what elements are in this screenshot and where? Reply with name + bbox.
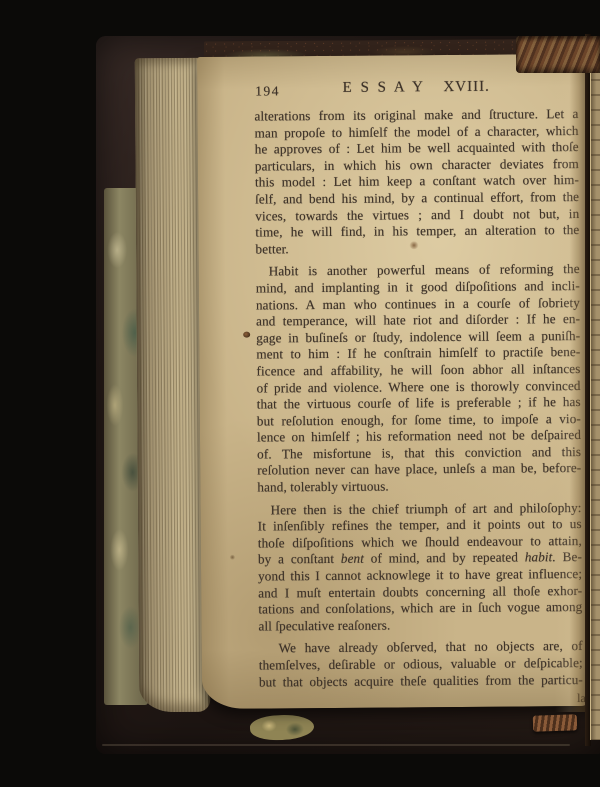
text-line: all ſpeculative reaſoners. — [258, 616, 582, 635]
paragraph-2: Habit is another powerful means of refor… — [256, 261, 582, 496]
next-page-sliver — [590, 64, 600, 740]
text-segment: Be- — [556, 549, 582, 564]
running-title-word: E S S A Y — [343, 79, 426, 96]
text-segment: by a conſtant — [258, 551, 341, 567]
paragraph-3: Here then is the chief triumph of art an… — [257, 500, 582, 635]
text-line: alterations from its original make and ſ… — [254, 106, 578, 125]
text-line: tations and conſolations, which are in ſ… — [258, 599, 582, 618]
book-page: 194 E S S A YXVIII. alterations from its… — [197, 54, 591, 709]
text-line: reſolution never can have place, unleſs … — [257, 460, 581, 479]
text-line: mind, and implanting in it good diſpoſit… — [256, 278, 580, 297]
running-title: E S S A YXVIII. — [254, 78, 578, 97]
text-line: but that objects acquire theſe qualities… — [259, 672, 583, 691]
paper-stain-small — [230, 555, 235, 560]
paragraph-1: alterations from its original make and ſ… — [254, 106, 579, 258]
printed-text-block: 194 E S S A YXVIII. alterations from its… — [254, 78, 583, 709]
text-line: better. — [255, 239, 579, 258]
text-line: themſelves, deſirable or odious, valuabl… — [259, 655, 583, 674]
photo-of-open-book: { "colors": { "background": "#0b0a08", "… — [0, 0, 600, 787]
italic-word-bent: bent — [341, 551, 364, 566]
press-figure-ink-spot — [243, 332, 250, 338]
text-segment: of mind, and by repeated — [364, 550, 525, 566]
text-line: hand, tolerably virtuous. — [257, 477, 581, 496]
tailband-weave — [533, 714, 578, 732]
paragraph-4: We have already obſerved, that no object… — [259, 638, 583, 690]
cover-bottom-edge-highlight — [102, 744, 570, 746]
text-line: yond this I cannot acknowlege it to have… — [258, 566, 582, 585]
text-line: that the virtuous courſe of life is pref… — [257, 394, 581, 413]
text-line: ſelf, and bend his mind, by a continual … — [255, 189, 579, 208]
italic-word-habit: habit. — [525, 550, 556, 565]
text-line: ficence and affability, he will ſoon abh… — [256, 361, 580, 380]
running-title-numeral: XVIII. — [443, 79, 490, 95]
headband-weave — [516, 36, 600, 73]
body-text: alterations from its original make and ſ… — [254, 106, 583, 709]
page-header: 194 E S S A YXVIII. — [254, 78, 578, 101]
page-number: 194 — [255, 83, 280, 100]
catchword: lar — [266, 690, 590, 709]
text-line: time, he will find, in his temper, an al… — [255, 222, 579, 241]
